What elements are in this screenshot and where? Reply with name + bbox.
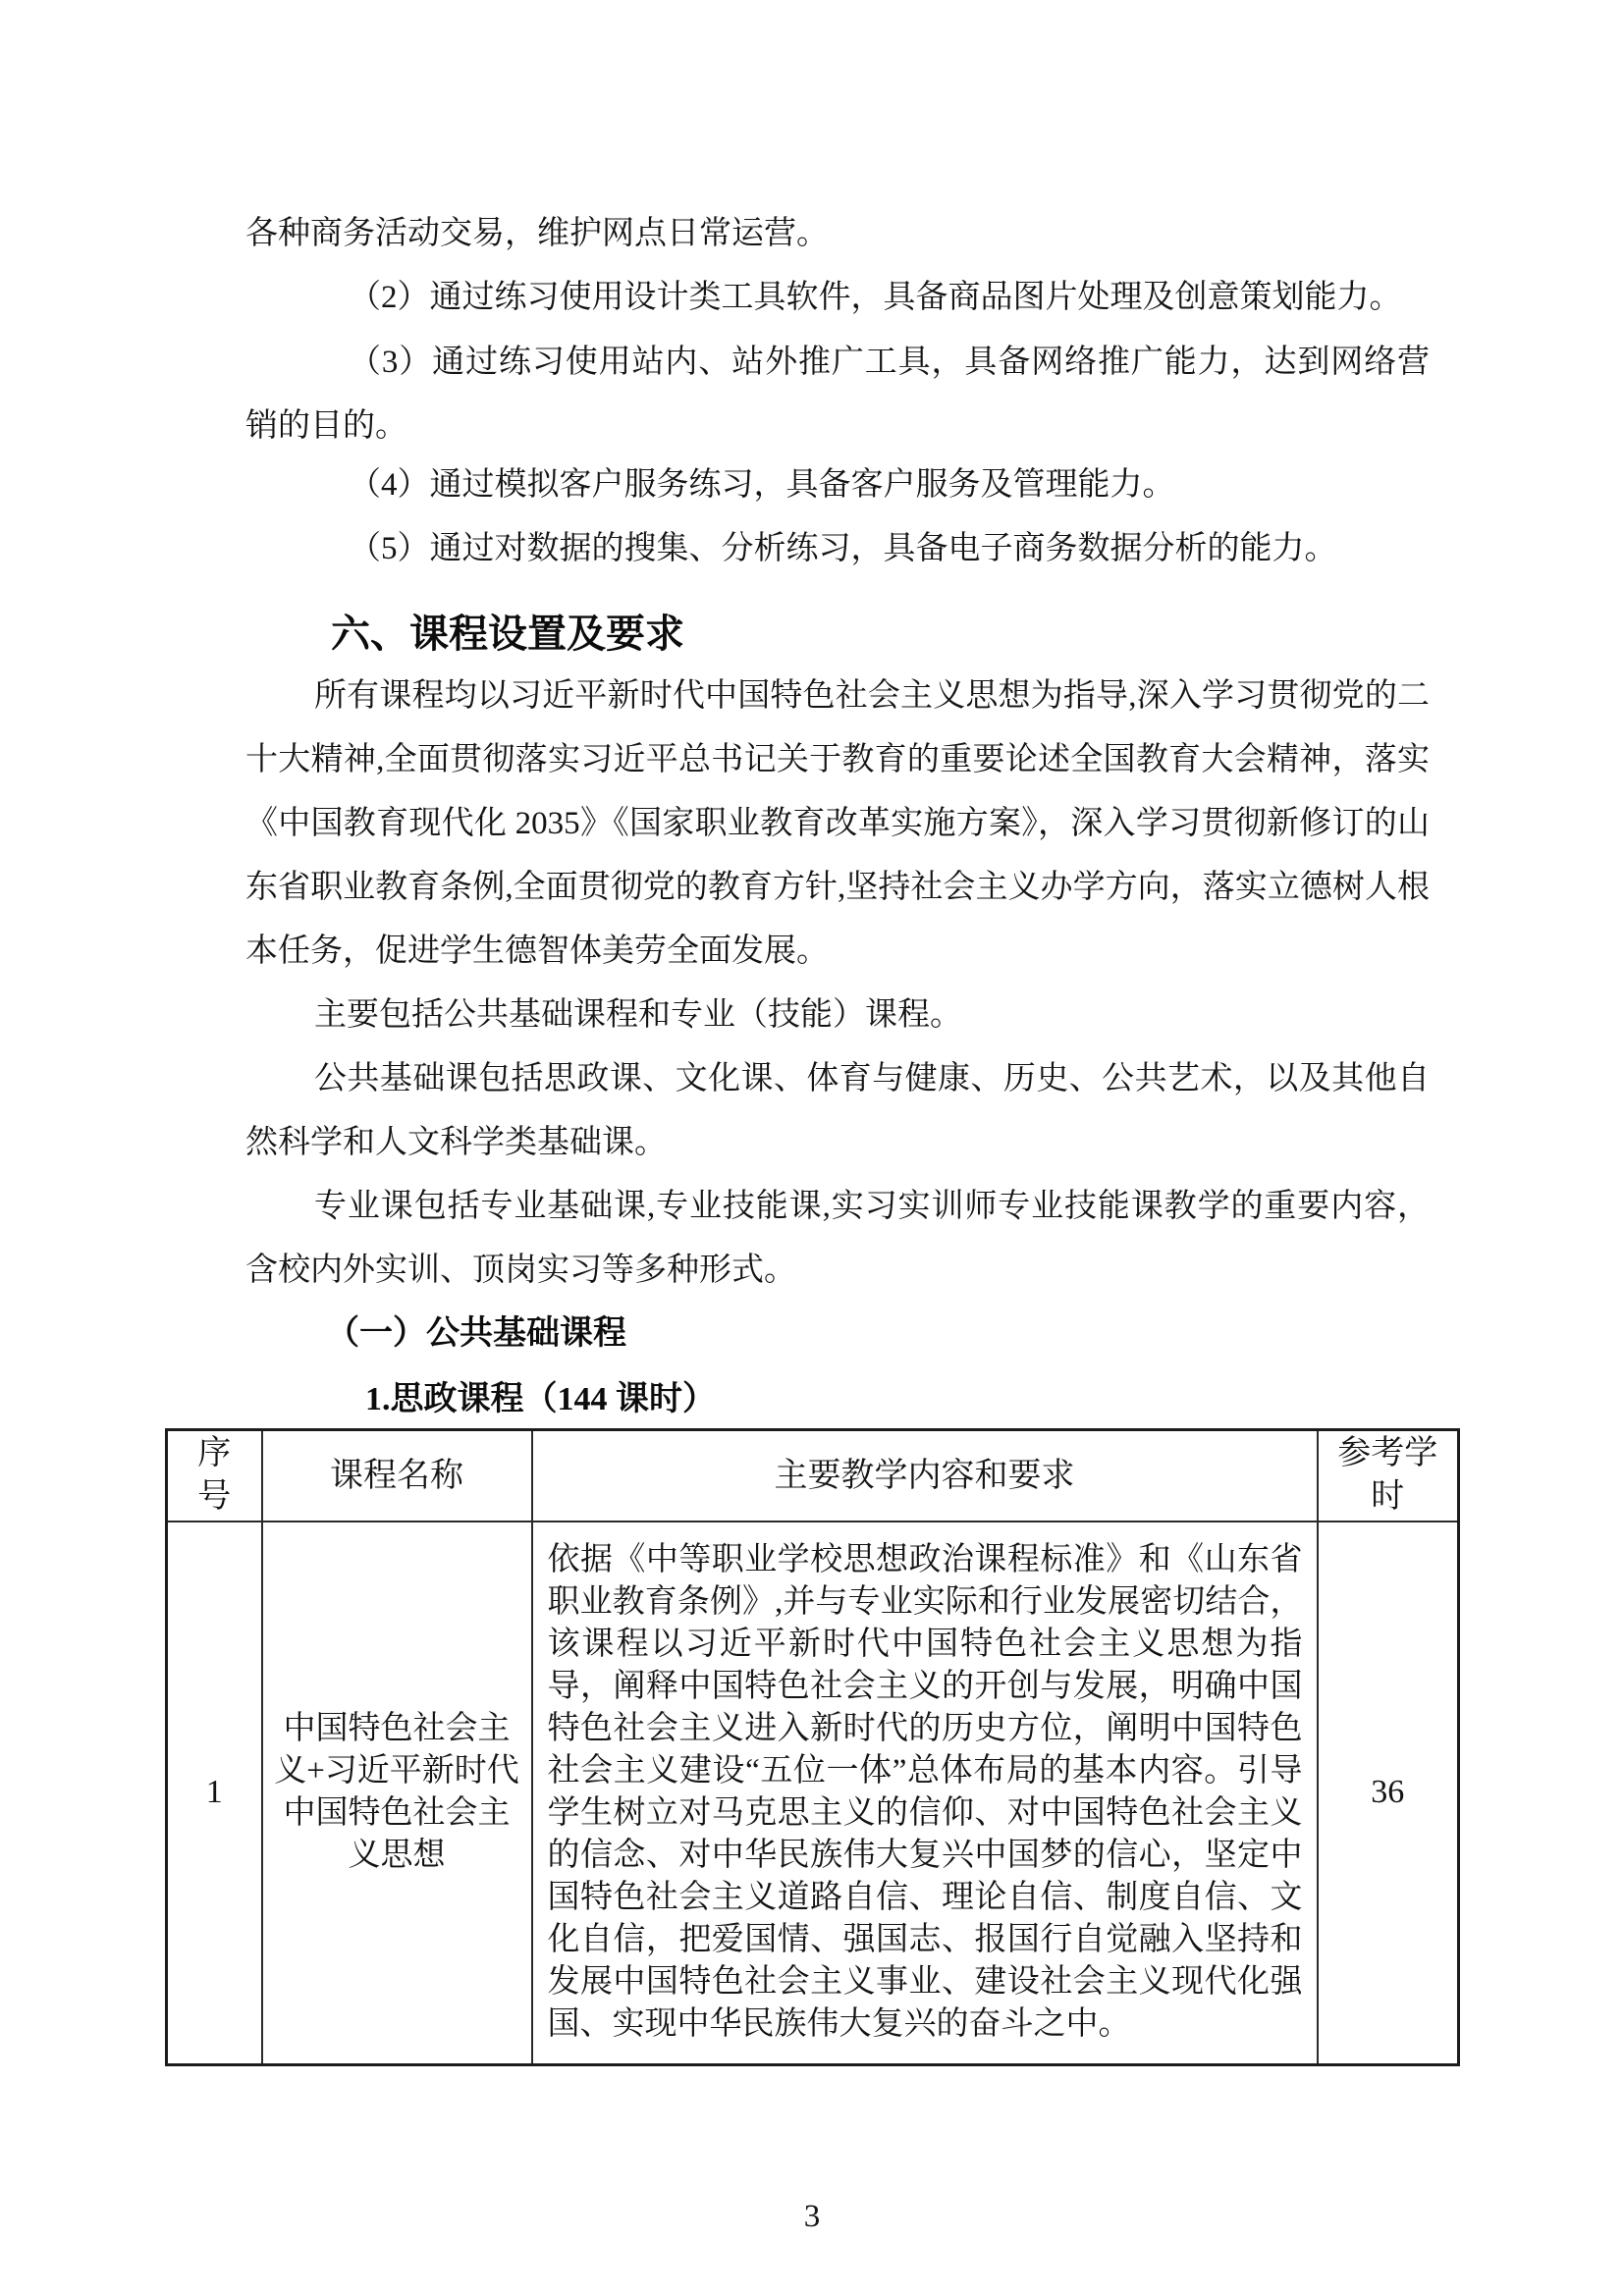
paragraph-guideline: 所有课程均以习近平新时代中国特色社会主义思想为指导,深入学习贯彻党的二十大精神,… [245, 665, 1430, 984]
cell-teaching-content-text: 依据《中等职业学校思想政治课程标准》和《山东省职业教育条例》,并与专业实际和行业… [534, 1536, 1316, 2049]
courses-table: 序号 课程名称 主要教学内容和要求 参考学时 1 中国特色社会主义+习近平新时代… [165, 1428, 1460, 2066]
col-header-no: 序号 [167, 1430, 262, 1522]
paragraph-public-basic-courses: 公共基础课包括思政课、文化课、体育与健康、历史、公共艺术，以及其他自然科学和人文… [245, 1047, 1430, 1175]
table-header-row: 序号 课程名称 主要教学内容和要求 参考学时 [167, 1430, 1459, 1522]
col-header-content: 主要教学内容和要求 [532, 1430, 1318, 1522]
subsection-heading-sizheng: 1.思政课程（144 课时） [365, 1380, 716, 1420]
table-row-1: 1 中国特色社会主义+习近平新时代中国特色社会主义思想 依据《中等职业学校思想政… [167, 1522, 1459, 2065]
section-heading-curriculum: 六、课程设置及要求 [331, 611, 684, 658]
cell-teaching-content: 依据《中等职业学校思想政治课程标准》和《山东省职业教育条例》,并与专业实际和行业… [532, 1522, 1318, 2065]
col-header-hours: 参考学时 [1318, 1430, 1459, 1522]
numbered-item-5: （5）通过对数据的搜集、分析练习，具备电子商务数据分析的能力。 [245, 517, 1430, 581]
col-header-course-name-label: 课程名称 [330, 1455, 463, 1498]
cell-reference-hours: 36 [1318, 1522, 1459, 2065]
numbered-item-3: （3）通过练习使用站内、站外推广工具，具备网络推广能力，达到网络营销的目的。 [245, 331, 1430, 458]
col-header-course-name: 课程名称 [262, 1430, 532, 1522]
page-number: 3 [0, 2199, 1624, 2235]
numbered-item-4: （4）通过模拟客户服务练习，具备客户服务及管理能力。 [245, 454, 1430, 517]
col-header-hours-label: 参考学时 [1333, 1432, 1441, 1519]
subsection-heading-public-basic: （一）公共基础课程 [326, 1314, 626, 1355]
paragraph-professional-courses: 专业课包括专业基础课,专业技能课,实习实训师专业技能课教学的重要内容，含校内外实… [245, 1175, 1430, 1303]
col-header-no-label: 序号 [194, 1432, 234, 1519]
paragraph-composition: 主要包括公共基础课程和专业（技能）课程。 [245, 984, 1430, 1047]
numbered-item-2: （2）通过练习使用设计类工具软件，具备商品图片处理及创意策划能力。 [245, 266, 1430, 330]
col-header-content-label: 主要教学内容和要求 [775, 1455, 1075, 1498]
cell-course-name: 中国特色社会主义+习近平新时代中国特色社会主义思想 [262, 1522, 532, 2065]
courses-table-wrapper: 序号 课程名称 主要教学内容和要求 参考学时 1 中国特色社会主义+习近平新时代… [165, 1428, 1460, 2066]
paragraph-carryover: 各种商务活动交易，维护网点日常运营。 [245, 202, 1430, 266]
cell-row-number: 1 [167, 1522, 262, 2065]
document-page: 各种商务活动交易，维护网点日常运营。 （2）通过练习使用设计类工具软件，具备商品… [0, 0, 1624, 2296]
